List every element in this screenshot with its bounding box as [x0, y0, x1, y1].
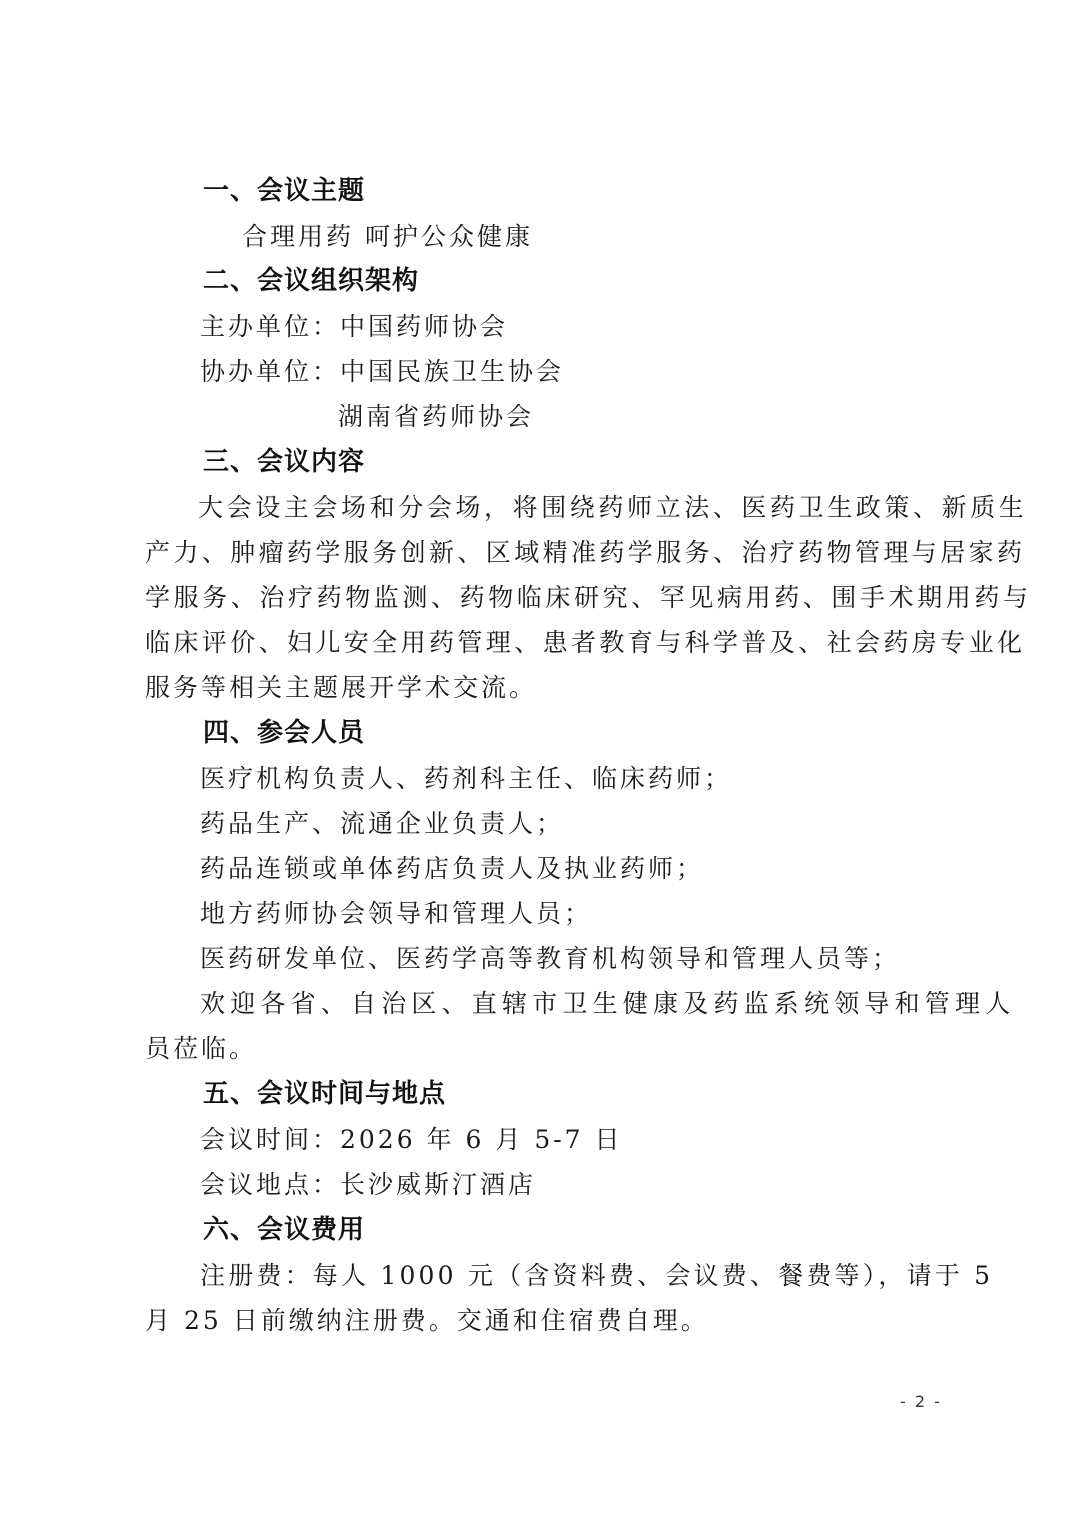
- content-paragraph-line: 服务等相关主题展开学术交流。: [145, 673, 537, 703]
- section-heading-attendees: 四、参会人员: [203, 718, 365, 748]
- attendee-line: 员莅临。: [145, 1034, 257, 1064]
- section-heading-theme: 一、会议主题: [203, 176, 365, 206]
- attendee-line: 欢迎各省、自治区、直辖市卫生健康及药监系统领导和管理人: [200, 989, 1015, 1019]
- theme-text: 合理用药 呵护公众健康: [242, 222, 533, 252]
- attendee-line: 药品生产、流通企业负责人；: [200, 809, 564, 839]
- section-heading-organization: 二、会议组织架构: [203, 266, 419, 296]
- co-organizer-line: 协办单位：中国民族卫生协会: [200, 357, 564, 387]
- content-paragraph-line: 大会设主会场和分会场，将围绕药师立法、医药卫生政策、新质生: [198, 493, 1027, 523]
- organizer-line: 主办单位：中国药师协会: [200, 312, 508, 342]
- meeting-time: 会议时间：2026 年 6 月 5-7 日: [200, 1125, 623, 1155]
- attendee-line: 地方药师协会领导和管理人员；: [200, 899, 592, 929]
- attendee-line: 药品连锁或单体药店负责人及执业药师；: [200, 854, 704, 884]
- fee-line: 月 25 日前缴纳注册费。交通和住宿费自理。: [145, 1306, 709, 1336]
- content-paragraph-line: 临床评价、妇儿安全用药管理、患者教育与科学普及、社会药房专业化: [145, 628, 1025, 658]
- attendee-line: 医药研发单位、医药学高等教育机构领导和管理人员等；: [200, 944, 900, 974]
- section-heading-fees: 六、会议费用: [203, 1215, 365, 1245]
- document-page: 一、会议主题 合理用药 呵护公众健康 二、会议组织架构 主办单位：中国药师协会 …: [0, 0, 1080, 1527]
- section-heading-content: 三、会议内容: [203, 447, 365, 477]
- page-number: - 2 -: [900, 1392, 942, 1411]
- meeting-location: 会议地点：长沙威斯汀酒店: [200, 1170, 536, 1200]
- fee-line: 注册费：每人 1000 元（含资料费、会议费、餐费等），请于 5: [200, 1261, 993, 1291]
- content-paragraph-line: 产力、肿瘤药学服务创新、区域精准药学服务、治疗药物管理与居家药: [145, 538, 1025, 568]
- content-paragraph-line: 学服务、治疗药物监测、药物临床研究、罕见病用药、围手术期用药与: [145, 583, 1032, 613]
- attendee-line: 医疗机构负责人、药剂科主任、临床药师；: [200, 764, 732, 794]
- section-heading-time-location: 五、会议时间与地点: [203, 1079, 446, 1109]
- co-organizer-line-2: 湖南省药师协会: [338, 402, 534, 432]
